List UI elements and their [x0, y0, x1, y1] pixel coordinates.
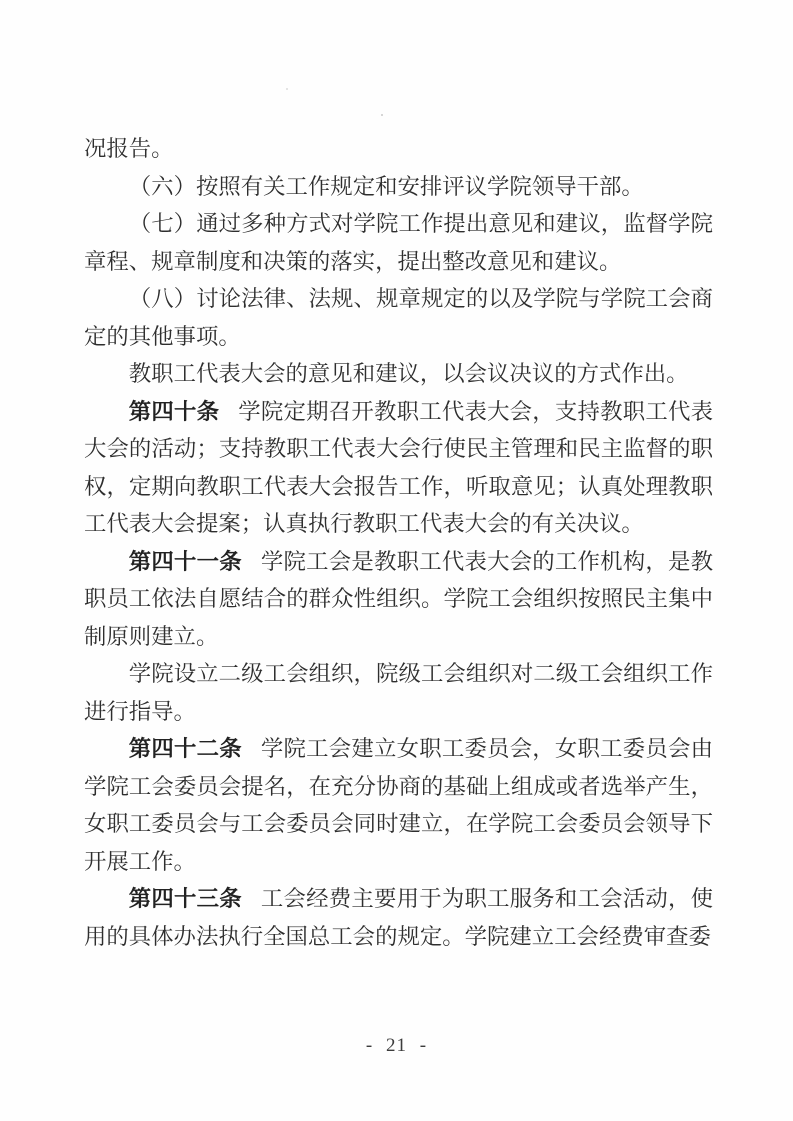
scan-speck: [286, 88, 288, 90]
paragraph-item-8: （八）讨论法律、法规、规章规定的以及学院与学院工会商定的其他事项。: [84, 280, 713, 355]
paragraph-text: 学院设立二级工会组织，院级工会组织对二级工会组织工作进行指导。: [84, 661, 713, 724]
article-40-label: 第四十条: [129, 399, 219, 424]
paragraph-text: （六）按照有关工作规定和安排评议学院领导干部。: [129, 174, 644, 199]
paragraph-item-6: （六）按照有关工作规定和安排评议学院领导干部。: [84, 168, 713, 206]
paragraph-article-40: 第四十条学院定期召开教职工代表大会，支持教职工代表大会的活动；支持教职工代表大会…: [84, 393, 713, 543]
paragraph-text: 况报告。: [84, 136, 174, 161]
page-number: - 21 -: [0, 1035, 793, 1057]
paragraph-item-7: （七）通过多种方式对学院工作提出意见和建议，监督学院章程、规章制度和决策的落实，…: [84, 205, 713, 280]
article-42-label: 第四十二条: [129, 736, 242, 761]
paragraph-text: （八）讨论法律、法规、规章规定的以及学院与学院工会商定的其他事项。: [84, 286, 713, 349]
document-body: 况报告。 （六）按照有关工作规定和安排评议学院领导干部。 （七）通过多种方式对学…: [84, 130, 713, 955]
paragraph-continuation: 况报告。: [84, 130, 713, 168]
paragraph-article-41: 第四十一条学院工会是教职工代表大会的工作机构，是教职员工依法自愿结合的群众性组织…: [84, 543, 713, 656]
scan-speck: [381, 114, 383, 116]
paragraph-text: 教职工代表大会的意见和建议，以会议决议的方式作出。: [129, 361, 689, 386]
document-page: 况报告。 （六）按照有关工作规定和安排评议学院领导干部。 （七）通过多种方式对学…: [0, 0, 793, 1121]
article-41-label: 第四十一条: [129, 549, 242, 574]
paragraph-union-branches: 学院设立二级工会组织，院级工会组织对二级工会组织工作进行指导。: [84, 655, 713, 730]
paragraph-resolution-note: 教职工代表大会的意见和建议，以会议决议的方式作出。: [84, 355, 713, 393]
article-43-label: 第四十三条: [129, 886, 242, 911]
paragraph-text: （七）通过多种方式对学院工作提出意见和建议，监督学院章程、规章制度和决策的落实，…: [84, 211, 713, 274]
paragraph-article-43: 第四十三条工会经费主要用于为职工服务和工会活动，使用的具体办法执行全国总工会的规…: [84, 880, 713, 955]
paragraph-article-42: 第四十二条学院工会建立女职工委员会，女职工委员会由学院工会委员会提名，在充分协商…: [84, 730, 713, 880]
